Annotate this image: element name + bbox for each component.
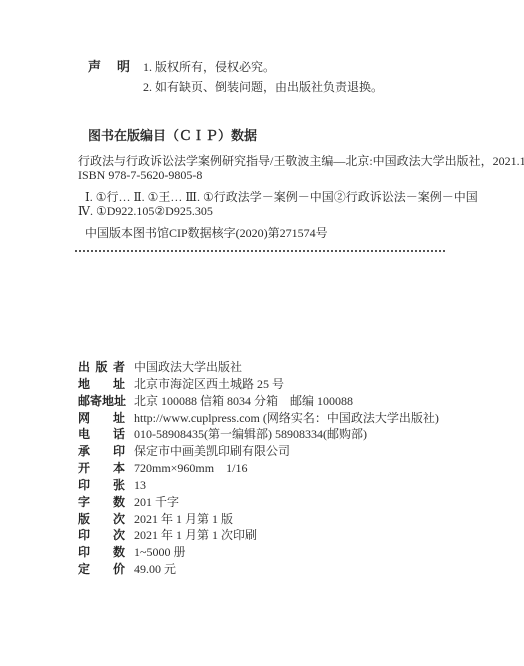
statement-label: 声明 bbox=[88, 57, 130, 77]
colophon-label: 印数 bbox=[78, 543, 125, 560]
dotted-divider bbox=[75, 250, 445, 252]
colophon-label: 印张 bbox=[78, 476, 125, 493]
colophon-value: 北京 100088 信箱 8034 分箱 邮编 100088 bbox=[134, 392, 353, 409]
colophon-value: 49.00 元 bbox=[134, 560, 176, 577]
colophon-value: 010-58908435(第一编辑部) 58908334(邮购部) bbox=[134, 425, 367, 442]
colophon-row: 印张 13 bbox=[78, 476, 439, 493]
colophon-label: 印次 bbox=[78, 526, 125, 543]
colophon-label: 版次 bbox=[78, 510, 125, 527]
cip-classification-line-2: Ⅳ. ①D922.105②D925.305 bbox=[78, 205, 478, 219]
colophon-row: 定价 49.00 元 bbox=[78, 560, 439, 577]
colophon-label: 邮寄地址 bbox=[78, 392, 125, 409]
colophon-value: 720mm×960mm 1/16 bbox=[134, 459, 247, 476]
cip-section: 图书在版编目（ＣＩＰ）数据 行政法与行政诉讼法学案例研究指导/王敬波主编—北京:… bbox=[78, 128, 478, 241]
colophon-row: 字数 201 千字 bbox=[78, 493, 439, 510]
statement-items: 1. 版权所有，侵权必究。 2. 如有缺页、倒装问题，由出版社负责退换。 bbox=[143, 57, 383, 97]
colophon-label: 承印 bbox=[78, 442, 125, 459]
colophon-label: 电话 bbox=[78, 425, 125, 442]
colophon-label: 定价 bbox=[78, 560, 125, 577]
colophon-row: 网址 http://www.cuplpress.com (网络实名：中国政法大学… bbox=[78, 409, 439, 426]
colophon-value: 1~5000 册 bbox=[134, 543, 186, 560]
cip-heading: 图书在版编目（ＣＩＰ）数据 bbox=[88, 128, 478, 144]
cip-classification-line-1: Ⅰ. ①行… Ⅱ. ①王… Ⅲ. ①行政法学－案例－中国②行政诉讼法－案例－中国 bbox=[78, 191, 478, 205]
cip-record-line: 中国版本图书馆CIP数据核字(2020)第271574号 bbox=[78, 227, 478, 241]
colophon-section: 出版者 中国政法大学出版社 地址 北京市海淀区西土城路 25 号 邮寄地址 北京… bbox=[78, 358, 439, 577]
colophon-value: 中国政法大学出版社 bbox=[134, 358, 242, 375]
colophon-label: 开本 bbox=[78, 459, 125, 476]
cip-isbn-line: ISBN 978-7-5620-9805-8 bbox=[78, 169, 478, 183]
colophon-row: 承印 保定市中画美凯印刷有限公司 bbox=[78, 442, 439, 459]
colophon-label: 地址 bbox=[78, 375, 125, 392]
colophon-row: 邮寄地址 北京 100088 信箱 8034 分箱 邮编 100088 bbox=[78, 392, 439, 409]
colophon-row: 版次 2021 年 1 月第 1 版 bbox=[78, 510, 439, 527]
colophon-row: 开本 720mm×960mm 1/16 bbox=[78, 459, 439, 476]
colophon-value: http://www.cuplpress.com (网络实名：中国政法大学出版社… bbox=[134, 409, 439, 426]
cip-title-line: 行政法与行政诉讼法学案例研究指导/王敬波主编—北京:中国政法大学出版社，2021… bbox=[78, 155, 478, 169]
colophon-value: 保定市中画美凯印刷有限公司 bbox=[134, 442, 290, 459]
colophon-value: 201 千字 bbox=[134, 493, 179, 510]
statement-section: 声明 1. 版权所有，侵权必究。 2. 如有缺页、倒装问题，由出版社负责退换。 bbox=[88, 57, 383, 97]
colophon-row: 电话 010-58908435(第一编辑部) 58908334(邮购部) bbox=[78, 425, 439, 442]
copyright-page: 声明 1. 版权所有，侵权必究。 2. 如有缺页、倒装问题，由出版社负责退换。 … bbox=[0, 0, 524, 666]
statement-item: 2. 如有缺页、倒装问题，由出版社负责退换。 bbox=[143, 77, 383, 97]
colophon-row: 印次 2021 年 1 月第 1 次印刷 bbox=[78, 526, 439, 543]
colophon-row: 印数 1~5000 册 bbox=[78, 543, 439, 560]
colophon-label: 出版者 bbox=[78, 358, 125, 375]
colophon-label: 网址 bbox=[78, 409, 125, 426]
colophon-row: 地址 北京市海淀区西土城路 25 号 bbox=[78, 375, 439, 392]
colophon-value: 北京市海淀区西土城路 25 号 bbox=[134, 375, 284, 392]
colophon-value: 2021 年 1 月第 1 次印刷 bbox=[134, 526, 257, 543]
statement-item: 1. 版权所有，侵权必究。 bbox=[143, 57, 383, 77]
colophon-value: 13 bbox=[134, 478, 146, 493]
colophon-value: 2021 年 1 月第 1 版 bbox=[134, 510, 233, 527]
colophon-row: 出版者 中国政法大学出版社 bbox=[78, 358, 439, 375]
colophon-label: 字数 bbox=[78, 493, 125, 510]
